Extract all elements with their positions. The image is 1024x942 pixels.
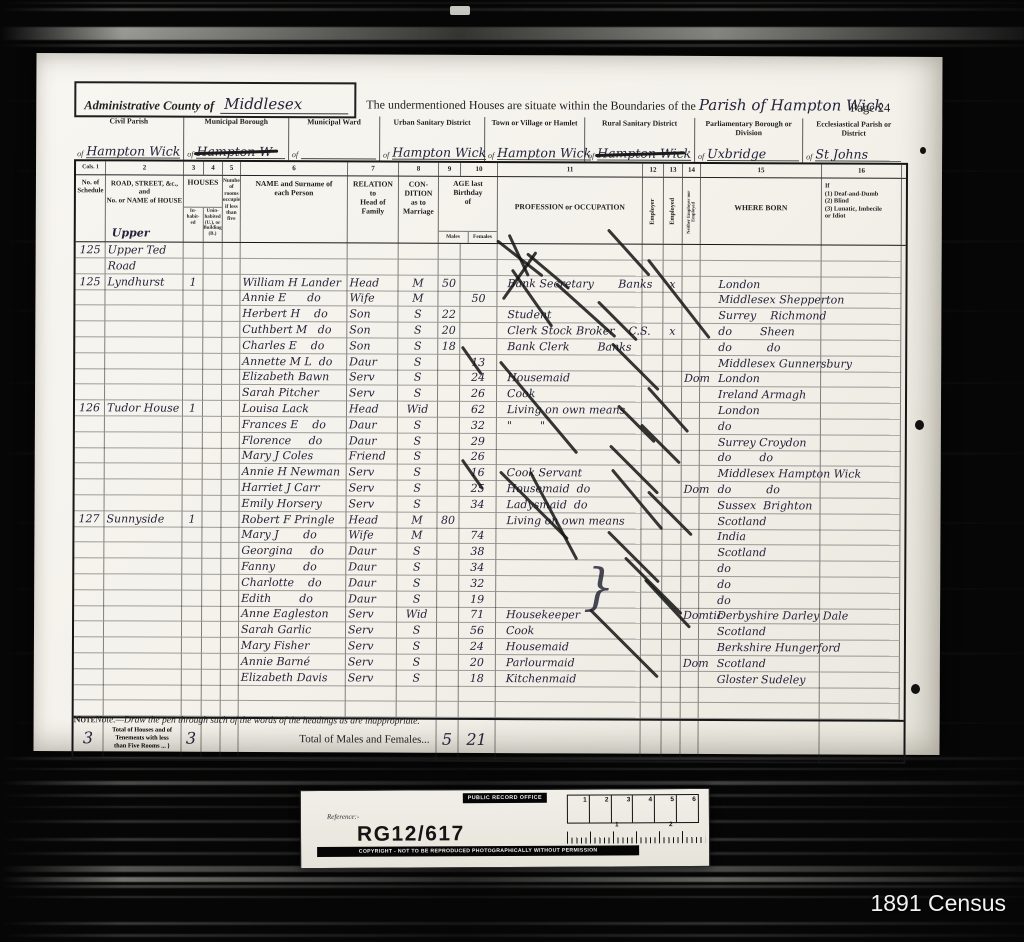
cell-ageM: 20 xyxy=(438,323,460,339)
cell-schedule xyxy=(75,416,105,432)
cell-ageF: 32 xyxy=(460,418,497,434)
cell-neither xyxy=(682,403,700,419)
cell-road xyxy=(105,385,183,401)
cell-schedule xyxy=(75,337,105,353)
cell-condition: S xyxy=(398,338,438,354)
cell-ageF xyxy=(459,702,496,718)
cell-empd xyxy=(663,340,682,356)
header-occupation: PROFESSION or OCCUPATION xyxy=(498,177,643,244)
cell-name: Mary J Coles xyxy=(240,448,347,464)
cell-condition: S xyxy=(397,544,437,560)
header-relation: RELATION to Head of Family xyxy=(348,176,399,242)
of-prefix: of xyxy=(698,152,704,161)
cell-emp xyxy=(642,418,663,434)
cell-ageM: 50 xyxy=(438,275,460,291)
header-infirmities: If (1) Deaf-and-Dumb (2) Blind (3) Lunat… xyxy=(822,178,902,244)
cell-uninhab xyxy=(203,480,222,496)
cell-name: Elizabeth Bawn xyxy=(240,369,347,385)
cell-road xyxy=(105,448,183,464)
cell-ageM xyxy=(438,418,460,434)
header-age-group: AGE last Birthday of Males Females xyxy=(439,177,498,243)
cell-inhab xyxy=(183,306,203,322)
cell-born: do Sheen xyxy=(700,324,821,341)
cell-born: London xyxy=(700,371,821,388)
cell-neither xyxy=(683,261,701,277)
cell-inhab: 1 xyxy=(182,511,202,527)
cell-condition: S xyxy=(398,354,438,370)
scan-streak xyxy=(0,768,1024,770)
cell-ageM: 80 xyxy=(437,512,459,528)
cell-name: Herbert H do xyxy=(240,306,347,322)
cell-uninhab xyxy=(203,322,222,338)
cell-empd xyxy=(663,387,682,403)
col-number: 12 xyxy=(643,164,664,177)
cell-infirm xyxy=(821,498,901,514)
col-number: 3 xyxy=(184,162,204,175)
cell-infirm xyxy=(820,704,900,720)
cell-ageF xyxy=(460,307,497,323)
cell-born: do do xyxy=(700,340,821,357)
cell-inhab xyxy=(183,290,203,306)
cell-ageM xyxy=(438,481,460,497)
cell-road xyxy=(104,621,182,637)
cell-relation: Friend xyxy=(347,449,398,465)
cell-ageF xyxy=(460,339,497,355)
cell-occupation: Ladysmaid do xyxy=(497,497,642,514)
cell-neither xyxy=(681,561,699,577)
cell-uninhab xyxy=(202,606,221,622)
cell-emp xyxy=(641,703,662,719)
cell-name: Mary Fisher xyxy=(239,638,346,654)
cell-name: Annette M L do xyxy=(240,353,347,369)
cell-emp xyxy=(641,640,662,656)
cell-ageF: 26 xyxy=(460,386,497,402)
cell-uninhab xyxy=(202,527,221,543)
district-label: Civil Parish xyxy=(77,116,180,126)
cell-ageM xyxy=(437,623,459,639)
cell-inhab xyxy=(183,385,203,401)
cell-infirm xyxy=(821,277,901,293)
scan-glint xyxy=(450,6,470,15)
cell-born: India xyxy=(699,529,820,546)
cell-born: Scotland xyxy=(699,656,820,673)
cell-road xyxy=(104,527,182,543)
cell-uninhab xyxy=(203,369,222,385)
cell-occupation: Bank Clerk Banks xyxy=(497,339,642,356)
cell-inhab xyxy=(182,685,202,701)
cell-uninhab xyxy=(202,701,221,717)
cell-schedule: 125 xyxy=(76,242,106,258)
cell-schedule xyxy=(75,432,105,448)
cell-ageM xyxy=(439,244,461,260)
cell-road xyxy=(104,653,182,669)
cm-number: 2 xyxy=(669,821,673,828)
cell-name xyxy=(241,243,348,259)
cell-condition: S xyxy=(397,575,437,591)
cell-rooms xyxy=(222,306,240,322)
cell-relation: Daur xyxy=(347,417,398,433)
cell-empd xyxy=(662,703,681,719)
cell-born: Scotland xyxy=(699,545,820,562)
cell-schedule xyxy=(75,305,105,321)
cell-occupation xyxy=(496,702,641,718)
cell-road xyxy=(105,479,183,495)
cell-condition: S xyxy=(397,591,437,607)
cell-ageF: 20 xyxy=(459,655,496,671)
cell-ageM xyxy=(437,591,459,607)
hole-punch xyxy=(920,147,926,154)
col-number: 2 xyxy=(106,161,184,174)
district-value: Uxbridge xyxy=(707,147,799,162)
cell-name: Charles E do xyxy=(240,338,347,354)
cell-road: Sunnyside xyxy=(104,511,182,527)
cell-emp xyxy=(642,482,663,498)
cell-schedule xyxy=(74,574,104,590)
cell-relation: Daur xyxy=(347,354,398,370)
totals-empty-cell xyxy=(495,720,640,761)
cell-emp xyxy=(642,497,663,513)
cell-inhab xyxy=(182,590,202,606)
cell-road xyxy=(105,353,183,369)
cell-schedule xyxy=(75,369,105,385)
cell-name: Robert F Pringle xyxy=(239,511,346,527)
cell-emp xyxy=(641,624,662,640)
clerk-brace: } xyxy=(583,562,615,612)
cell-road xyxy=(104,669,182,685)
district-municipal-borough: Municipal Borough ofHampton W xyxy=(184,116,289,160)
cell-relation: Daur xyxy=(346,544,397,560)
cm-number: 1 xyxy=(615,821,619,828)
cell-inhab xyxy=(182,574,202,590)
cell-emp xyxy=(642,308,663,324)
cell-ageF: 62 xyxy=(460,402,497,418)
cell-emp xyxy=(641,529,662,545)
cell-ageF: 34 xyxy=(460,497,497,513)
cell-condition: S xyxy=(397,654,437,670)
cell-born xyxy=(701,245,822,262)
cell-relation: Head xyxy=(346,512,397,528)
cell-infirm xyxy=(820,577,900,593)
cell-infirm xyxy=(821,388,901,404)
cell-schedule xyxy=(74,637,104,653)
cell-rooms xyxy=(222,353,240,369)
cell-condition: Wid xyxy=(398,402,438,418)
cell-emp xyxy=(642,339,663,355)
cell-rooms xyxy=(222,290,240,306)
cell-ageM xyxy=(438,465,460,481)
cell-relation: Serv xyxy=(346,654,397,670)
header-condition: CON- DITION as to Marriage xyxy=(399,177,439,243)
cell-condition: S xyxy=(397,639,437,655)
cell-road xyxy=(105,432,183,448)
cell-neither xyxy=(682,340,700,356)
cell-ageM xyxy=(438,386,460,402)
col-number: 16 xyxy=(822,164,902,177)
cell-neither xyxy=(682,434,700,450)
cell-rooms xyxy=(221,527,239,543)
cell-infirm xyxy=(822,245,902,261)
col-number: 14 xyxy=(683,164,701,177)
cell-emp xyxy=(641,655,662,671)
cell-ageF: 50 xyxy=(460,291,497,307)
cell-inhab xyxy=(183,480,203,496)
cell-born xyxy=(699,703,820,719)
cell-occupation: Living on own means xyxy=(497,402,642,419)
cell-empd xyxy=(663,482,682,498)
cell-inhab xyxy=(183,369,203,385)
public-record-office-bar: PUBLIC RECORD OFFICE xyxy=(463,793,547,803)
cell-road xyxy=(104,685,182,701)
cell-empd xyxy=(664,245,683,261)
cell-relation: Serv xyxy=(347,480,398,496)
cell-inhab xyxy=(183,322,203,338)
cell-relation: Daur xyxy=(346,591,397,607)
cell-condition: S xyxy=(398,481,438,497)
cell-empd xyxy=(662,576,681,592)
cell-neither: Dom xyxy=(682,482,700,498)
header-schedule: No. of Schedule xyxy=(76,175,106,241)
cell-rooms xyxy=(223,259,241,275)
col-number: 15 xyxy=(701,164,822,178)
cell-infirm xyxy=(820,546,900,562)
cell-schedule xyxy=(74,621,104,637)
cell-inhab xyxy=(183,495,203,511)
scan-streak xyxy=(0,44,1024,47)
district-label: Municipal Borough xyxy=(187,117,285,127)
cell-neither xyxy=(681,513,699,529)
header-road: ROAD, STREET, &c., and No. or NAME of HO… xyxy=(106,175,184,241)
cell-neither: Domtic xyxy=(681,608,699,624)
cell-infirm xyxy=(820,625,900,641)
totals-empty-cell xyxy=(819,721,899,761)
cell-ageM xyxy=(438,449,460,465)
ruler-number: 2 xyxy=(590,795,612,822)
cell-schedule xyxy=(75,290,105,306)
col-number: Cols. 1 xyxy=(76,161,106,174)
cell-empd xyxy=(663,498,682,514)
cell-condition xyxy=(397,702,437,718)
cell-ageF: 18 xyxy=(459,670,496,686)
cell-uninhab xyxy=(202,685,221,701)
district-ecclesiastical: Ecclesiastical Parish or District ofSt J… xyxy=(803,118,904,162)
col-number: 13 xyxy=(664,164,683,177)
cell-born xyxy=(701,261,822,278)
cell-relation: Serv xyxy=(347,465,398,481)
cell-road xyxy=(105,290,183,306)
cell-infirm xyxy=(821,324,901,340)
cell-ageF xyxy=(459,686,496,702)
cell-uninhab xyxy=(202,543,221,559)
cell-empd xyxy=(664,261,683,277)
cell-uninhab xyxy=(202,511,221,527)
cell-relation: Son xyxy=(347,322,398,338)
cell-uninhab xyxy=(202,669,221,685)
cell-born: Surrey Croydon xyxy=(700,434,821,451)
cell-infirm xyxy=(820,688,900,704)
cell-born: do do xyxy=(700,450,821,467)
cell-ageM xyxy=(437,528,459,544)
cell-ageM xyxy=(437,576,459,592)
cell-emp xyxy=(642,434,663,450)
cell-schedule xyxy=(75,353,105,369)
cell-ageM xyxy=(438,354,460,370)
cell-uninhab xyxy=(203,385,222,401)
totals-empty-cell xyxy=(661,721,680,761)
scan-streak xyxy=(0,885,1024,888)
cell-occupation xyxy=(497,449,642,466)
scan-streak xyxy=(0,934,1024,937)
cell-neither xyxy=(683,245,701,261)
cell-emp xyxy=(641,576,662,592)
cell-empd xyxy=(662,608,681,624)
cm-ruler: 1 2 xyxy=(567,823,705,844)
cell-relation: Serv xyxy=(346,623,397,639)
reference-label: Reference:- xyxy=(327,813,359,821)
cell-neither xyxy=(682,324,700,340)
cell-relation: Daur xyxy=(346,559,397,575)
cell-rooms xyxy=(222,417,240,433)
cell-uninhab xyxy=(203,464,222,480)
cell-inhab xyxy=(182,622,202,638)
cell-rooms xyxy=(221,654,239,670)
cell-condition: S xyxy=(398,433,438,449)
cell-occupation: Housemaid do xyxy=(497,481,642,498)
district-value: Hampton Wick xyxy=(86,144,180,159)
cell-empd xyxy=(662,640,681,656)
cell-schedule xyxy=(74,606,104,622)
of-prefix: of xyxy=(77,149,83,158)
cell-ageF: 13 xyxy=(460,354,497,370)
cell-ageM xyxy=(439,260,461,276)
cell-infirm xyxy=(821,309,901,325)
district-urban-sanitary: Urban Sanitary District ofHampton Wick xyxy=(380,117,485,161)
cell-ageF: 34 xyxy=(459,560,496,576)
cell-empd xyxy=(663,419,682,435)
cell-empd xyxy=(663,371,682,387)
cell-schedule xyxy=(76,258,106,274)
cell-condition: S xyxy=(398,370,438,386)
col-number: 5 xyxy=(223,162,241,175)
admin-county-value: Middlesex xyxy=(220,97,348,115)
cell-inhab xyxy=(182,559,202,575)
district-value: Hampton Wick xyxy=(392,145,486,160)
cell-ageM xyxy=(437,702,459,718)
district-label: Parliamentary Borough or Division xyxy=(698,119,799,138)
cell-born: do do xyxy=(700,482,821,499)
cell-born: do xyxy=(700,419,821,436)
cell-rooms xyxy=(222,464,240,480)
cell-condition: S xyxy=(398,496,438,512)
cell-name: Annie H Newman xyxy=(240,464,347,480)
cell-empd xyxy=(662,624,681,640)
of-prefix: of xyxy=(292,150,298,159)
of-prefix: of xyxy=(806,152,812,161)
cell-rooms xyxy=(221,622,239,638)
cell-rooms xyxy=(221,511,239,527)
cell-rooms xyxy=(221,685,239,701)
cell-road xyxy=(105,495,183,511)
cell-neither xyxy=(681,592,699,608)
cell-schedule xyxy=(75,448,105,464)
cell-inhab xyxy=(184,243,204,259)
total-females-value: 21 xyxy=(458,720,495,760)
cell-relation: Serv xyxy=(346,670,397,686)
header-employer: Employer xyxy=(643,178,664,244)
cell-schedule xyxy=(74,542,104,558)
cell-occupation: Kitchenmaid xyxy=(496,671,641,688)
cell-inhab xyxy=(182,606,202,622)
cell-name: Edith do xyxy=(239,590,346,606)
cell-inhab xyxy=(183,337,203,353)
district-town-village: Town or Village or Hamlet ofHampton Wick xyxy=(485,117,585,161)
cell-schedule xyxy=(74,527,104,543)
cell-empd xyxy=(662,561,681,577)
cell-rooms xyxy=(222,496,240,512)
cell-condition: S xyxy=(397,670,437,686)
district-value: St Johns xyxy=(815,147,901,161)
cell-occupation xyxy=(497,355,642,372)
cell-occupation: Parlourmaid xyxy=(496,655,641,672)
cell-road: Lyndhurst xyxy=(105,274,183,290)
cell-ageF: 74 xyxy=(459,528,496,544)
cell-emp xyxy=(642,324,663,340)
cell-infirm xyxy=(821,482,901,498)
cell-neither xyxy=(682,276,700,292)
cell-relation: Daur xyxy=(346,575,397,591)
cell-empd xyxy=(662,513,681,529)
cell-schedule xyxy=(74,700,104,716)
cell-occupation xyxy=(496,560,641,577)
cell-uninhab xyxy=(203,448,222,464)
cell-infirm xyxy=(821,467,901,483)
cell-occupation: Housemaid xyxy=(497,370,642,387)
col-number: 7 xyxy=(348,162,399,175)
cell-emp xyxy=(641,671,662,687)
col-number: 10 xyxy=(461,163,498,176)
of-prefix: of xyxy=(383,151,389,160)
cell-rooms xyxy=(221,575,239,591)
cell-ageM xyxy=(438,497,460,513)
cell-inhab xyxy=(182,669,202,685)
cell-uninhab xyxy=(202,638,221,654)
totals-empty-cell xyxy=(680,721,698,761)
cell-road xyxy=(104,606,182,622)
cell-rooms xyxy=(221,669,239,685)
cell-schedule xyxy=(75,384,105,400)
totals-empty-cell xyxy=(640,721,661,761)
cell-relation: Serv xyxy=(346,638,397,654)
cell-condition: S xyxy=(398,323,438,339)
ruler-number: 6 xyxy=(677,795,698,822)
header-age-female: Females xyxy=(468,232,497,243)
cell-road xyxy=(104,700,182,716)
cell-relation: Son xyxy=(347,307,398,323)
cell-empd xyxy=(663,466,682,482)
cell-occupation: Student xyxy=(497,307,642,324)
cell-name xyxy=(239,685,346,701)
inch-ruler: 1 2 3 4 5 6 xyxy=(567,794,699,824)
cell-uninhab xyxy=(203,274,222,290)
cell-ageF: 26 xyxy=(460,449,497,465)
cell-relation: Serv xyxy=(347,370,398,386)
cell-inhab xyxy=(182,543,202,559)
cell-neither xyxy=(682,419,700,435)
cell-ageF: 24 xyxy=(459,639,496,655)
cell-born: Surrey Richmond xyxy=(700,308,821,325)
census-scan-page: Administrative County of Middlesex The u… xyxy=(0,0,1024,942)
cell-name: Sarah Garlic xyxy=(239,622,346,638)
cell-uninhab xyxy=(203,353,222,369)
